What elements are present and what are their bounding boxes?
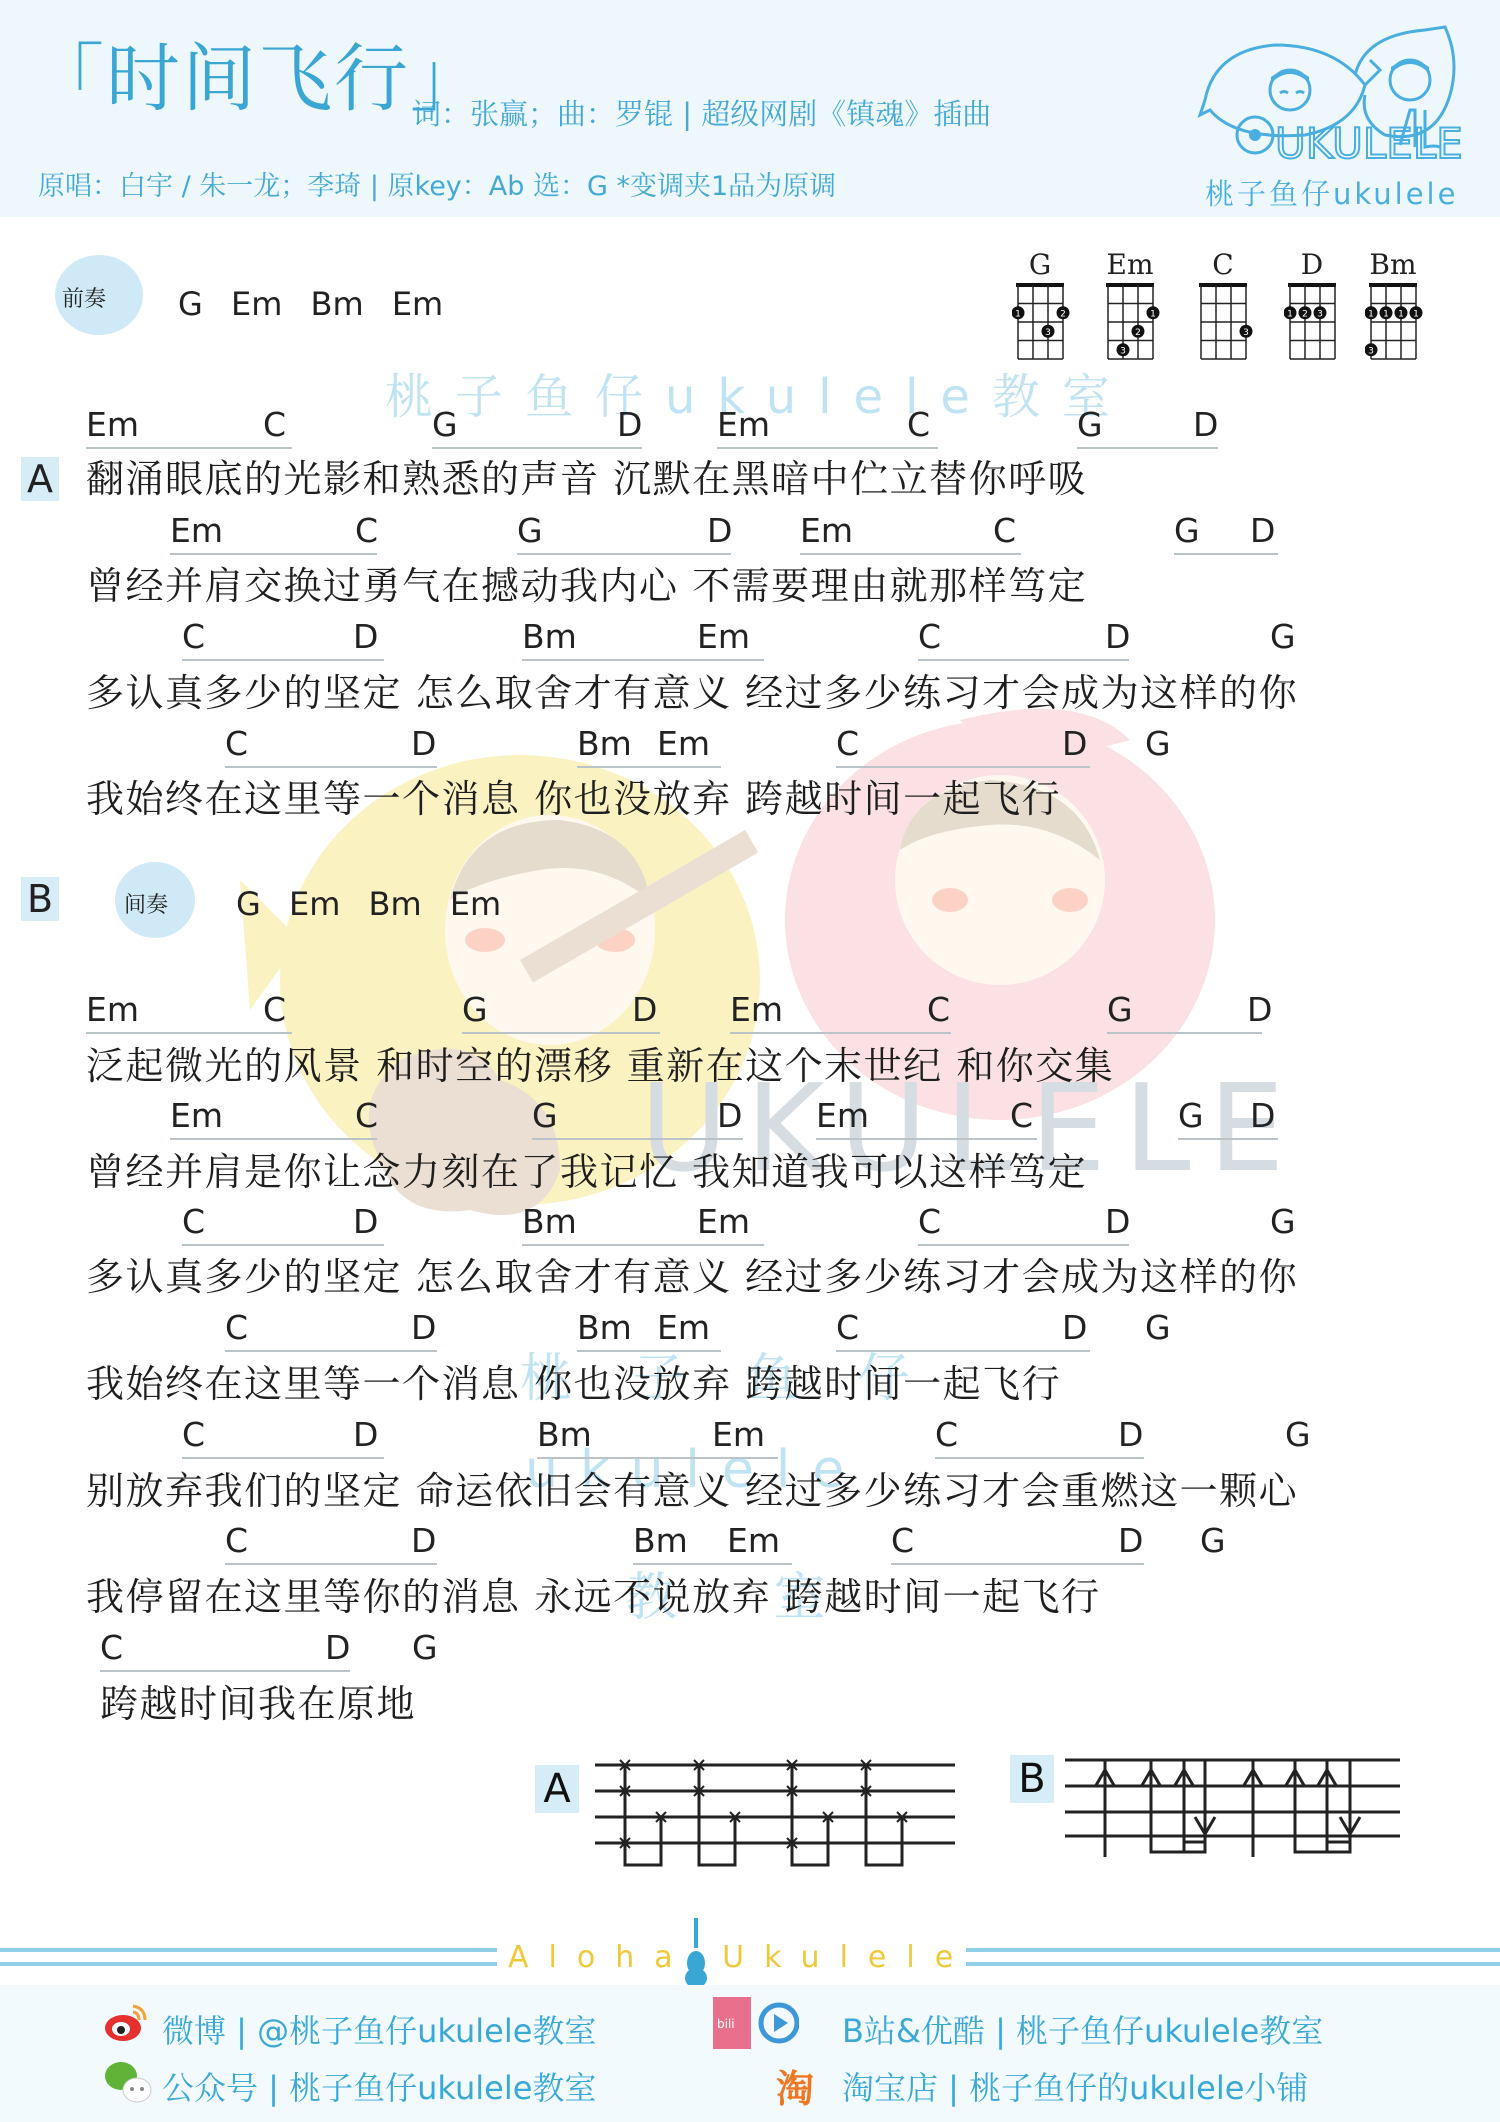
svg-text:1: 1 [1398,309,1404,319]
svg-text:3: 3 [1120,346,1126,356]
chord-diagram-icon: 3 [1195,283,1255,363]
bilibili-youku-icon: bili [713,1997,799,2049]
chord-symbol: Bm [577,727,632,760]
chord-chart-name: Em [1100,248,1160,281]
chord-symbol: D [1250,514,1275,547]
footer-brand: Aloha Ukulele [508,1940,973,1975]
chord-symbol: G [1178,1099,1204,1132]
svg-text:1: 1 [1383,309,1389,319]
chord-symbol: D [1062,727,1087,760]
chord-symbol: G [517,514,543,547]
chord-symbol: D [411,1311,436,1344]
chord-symbol: D [353,1205,378,1238]
svg-text:2: 2 [1135,328,1141,338]
chord-underline [170,1138,377,1140]
chord-underline [717,447,938,449]
chord-symbol: D [325,1631,350,1664]
chord-symbol: D [1118,1524,1143,1557]
chord-underline [1077,447,1218,449]
chord-symbol: C [182,1418,205,1451]
chord-underline [532,1138,743,1140]
chord-symbol: G [532,1099,558,1132]
svg-text:bili: bili [717,2017,735,2031]
svg-text:UKULELE: UKULELE [1275,119,1463,165]
chord-symbol: G [1270,1205,1296,1238]
footer-link-wechat[interactable]: 公众号 | 桃子鱼仔ukulele教室 [162,2063,596,2109]
chord-symbol: G [1174,514,1200,547]
intro-chords: G Em Bm Em [178,285,443,323]
chord-underline [86,1032,292,1034]
chord-underline [522,1244,764,1246]
lyric-line: 我始终在这里等一个消息 你也没放弃 跨越时间一起飞行 [86,780,1061,818]
chord-symbol: Em [730,993,783,1026]
chord-symbol: D [1250,1099,1275,1132]
chord-symbol: D [411,727,436,760]
chord-symbol: Bm [522,620,577,653]
chord-symbol: C [182,620,205,653]
chord-underline [918,659,1129,661]
footer-link-taobao[interactable]: 淘宝店 | 桃子鱼仔的ukulele小铺 [842,2063,1308,2109]
weibo-icon [103,2000,149,2044]
chord-symbol: D [617,408,642,441]
footer-divider-right-bottom [966,1962,1500,1966]
chord-symbol: Bm [522,1205,577,1238]
section-tag-b: B [21,877,59,921]
chord-symbol: Em [86,993,139,1026]
chord-symbol: C [1010,1099,1033,1132]
rhythm-tag-b: B [1010,1755,1054,1803]
svg-text:1: 1 [1368,309,1374,319]
footer-link-bilibili[interactable]: B站&优酷 | 桃子鱼仔ukulele教室 [842,2006,1323,2052]
chord-symbol: Em [727,1524,780,1557]
footer-divider-left-top [0,1948,497,1952]
lyric-line: 跨越时间我在原地 [100,1685,416,1723]
chord-symbol: C [836,1311,859,1344]
lyric-line: 多认真多少的坚定 怎么取舍才有意义 经过多少练习才会成为这样的你 [86,1258,1298,1296]
chord-symbol: D [411,1524,436,1557]
interlude-chords: G Em Bm Em [236,885,501,923]
chord-underline [1178,1138,1278,1140]
chord-diagram-icon: 123 [1012,283,1072,363]
chord-symbol: G [1145,727,1171,760]
svg-text:2: 2 [1302,309,1308,319]
svg-text:3: 3 [1317,309,1323,319]
chord-symbol: C [935,1418,958,1451]
chord-symbol: C [100,1631,123,1664]
chord-symbol: Em [170,514,223,547]
brand-logo-icon: UKULELE [1195,15,1475,165]
chord-symbol: G [1077,408,1103,441]
chord-underline [86,447,292,449]
chord-symbol: C [225,1311,248,1344]
chord-underline [633,1563,792,1565]
chord-underline [182,659,384,661]
chord-underline [182,1244,384,1246]
chord-symbol: G [1270,620,1296,653]
chord-symbol: G [1107,993,1133,1026]
chord-symbol: C [918,620,941,653]
chord-symbol: Em [800,514,853,547]
chord-symbol: D [707,514,732,547]
chord-symbol: D [1105,620,1130,653]
chord-symbol: C [836,727,859,760]
chord-symbol: C [263,993,286,1026]
rhythm-pattern-a-icon [595,1755,955,1870]
chord-underline [836,766,1090,768]
interlude-label: 间奏 [124,888,168,919]
chord-symbol: C [182,1205,205,1238]
chord-symbol: Em [712,1418,765,1451]
lyric-line: 翻涌眼底的光影和熟悉的声音 沉默在黑暗中伫立替你呼吸 [86,460,1087,498]
chord-symbol: C [355,1099,378,1132]
chord-underline [537,1457,778,1459]
chord-symbol: C [927,993,950,1026]
chord-symbol: D [1247,993,1272,1026]
chord-symbol: G [462,993,488,1026]
chord-symbol: C [225,1524,248,1557]
chord-underline [918,1244,1129,1246]
chord-symbol: Em [816,1099,869,1132]
chord-underline [800,553,1021,555]
lyric-line: 我停留在这里等你的消息 永远不说放弃 跨越时间一起飞行 [86,1578,1101,1616]
chord-symbol: G [1145,1311,1171,1344]
chord-symbol: D [353,620,378,653]
lyric-line: 多认真多少的坚定 怎么取舍才有意义 经过多少练习才会成为这样的你 [86,674,1298,712]
chord-diagram-icon: 11113 [1365,283,1425,363]
chord-symbol: D [353,1418,378,1451]
chord-diagram-icon: 123 [1284,283,1344,363]
chord-symbol: C [993,514,1016,547]
section-tag-a: A [21,457,59,501]
chord-symbol: G [1285,1418,1311,1451]
chord-symbol: D [717,1099,742,1132]
chord-symbol: C [891,1524,914,1557]
chord-underline [517,553,731,555]
brand-logo-caption: 桃子鱼仔ukulele [1205,172,1458,213]
chord-symbol: Em [170,1099,223,1132]
lyric-line: 泛起微光的风景 和时空的漂移 重新在这个末世纪 和你交集 [86,1047,1114,1085]
chord-chart-name: G [1010,248,1070,281]
chord-underline [577,766,721,768]
rhythm-tag-a: A [535,1765,579,1813]
chord-diagram-icon: 123 [1102,283,1162,363]
intro-label: 前奏 [62,282,106,313]
chord-underline [935,1457,1144,1459]
chord-symbol: G [1200,1524,1226,1557]
footer-link-weibo[interactable]: 微博 | @桃子鱼仔ukulele教室 [162,2006,596,2052]
chord-underline [577,1350,721,1352]
chord-symbol: G [432,408,458,441]
taobao-icon: 淘 [776,2058,814,2113]
chord-chart-name: Bm [1363,248,1423,281]
chord-underline [891,1563,1144,1565]
chord-symbol: D [1118,1418,1143,1451]
chord-symbol: Em [717,408,770,441]
chord-symbol: Em [657,1311,710,1344]
chord-symbol: D [632,993,657,1026]
svg-text:1: 1 [1287,309,1293,319]
chord-symbol: Em [697,620,750,653]
chord-underline [1174,553,1278,555]
chord-symbol: D [1105,1205,1130,1238]
chord-underline [432,447,642,449]
lyric-line: 我始终在这里等一个消息 你也没放弃 跨越时间一起飞行 [86,1365,1061,1403]
lyric-line: 曾经并肩是你让念力刻在了我记忆 我知道我可以这样笃定 [86,1153,1087,1191]
chord-symbol: Bm [577,1311,632,1344]
credits-line-1: 词：张赢；曲：罗锟 | 超级网剧《镇魂》插曲 [412,92,991,133]
chord-underline [730,1032,951,1034]
chord-symbol: C [225,727,248,760]
chord-underline [462,1032,660,1034]
chord-symbol: Em [86,408,139,441]
chord-underline [1107,1032,1262,1034]
chord-underline [225,1563,437,1565]
lyric-line: 别放弃我们的坚定 命运依旧会有意义 经过多少练习才会重燃这一颗心 [86,1472,1298,1510]
chord-chart-name: D [1282,248,1342,281]
chord-symbol: Em [697,1205,750,1238]
wechat-icon [103,2056,153,2106]
chord-underline [100,1670,350,1672]
chord-symbol: D [1193,408,1218,441]
credits-line-2: 原唱：白宇 / 朱一龙；李琦 | 原key：Ab 选：G *变调夹1品为原调 [38,164,836,203]
rhythm-pattern-b-icon [1065,1752,1400,1862]
chord-symbol: C [907,408,930,441]
chord-underline [522,659,764,661]
chord-symbol: G [412,1631,438,1664]
lyric-line: 曾经并肩交换过勇气在撼动我内心 不需要理由就那样笃定 [86,567,1087,605]
chord-underline [170,553,377,555]
svg-text:2: 2 [1060,309,1066,319]
footer-divider-right-top [966,1948,1500,1952]
chord-underline [182,1457,384,1459]
svg-text:3: 3 [1045,328,1051,338]
chord-symbol: Bm [537,1418,592,1451]
chord-symbol: Bm [633,1524,688,1557]
svg-text:1: 1 [1150,309,1156,319]
svg-text:3: 3 [1368,346,1374,356]
chord-symbol: C [355,514,378,547]
footer-divider-left-bottom [0,1962,497,1966]
svg-text:3: 3 [1243,328,1249,338]
chord-symbol: D [1062,1311,1087,1344]
chord-symbol: Em [657,727,710,760]
chord-chart-name: C [1193,248,1253,281]
chord-underline [816,1138,1037,1140]
chord-underline [225,1350,437,1352]
svg-text:1: 1 [1015,309,1021,319]
svg-text:1: 1 [1413,309,1419,319]
chord-symbol: C [263,408,286,441]
chord-underline [836,1350,1090,1352]
chord-symbol: C [918,1205,941,1238]
chord-underline [225,766,437,768]
